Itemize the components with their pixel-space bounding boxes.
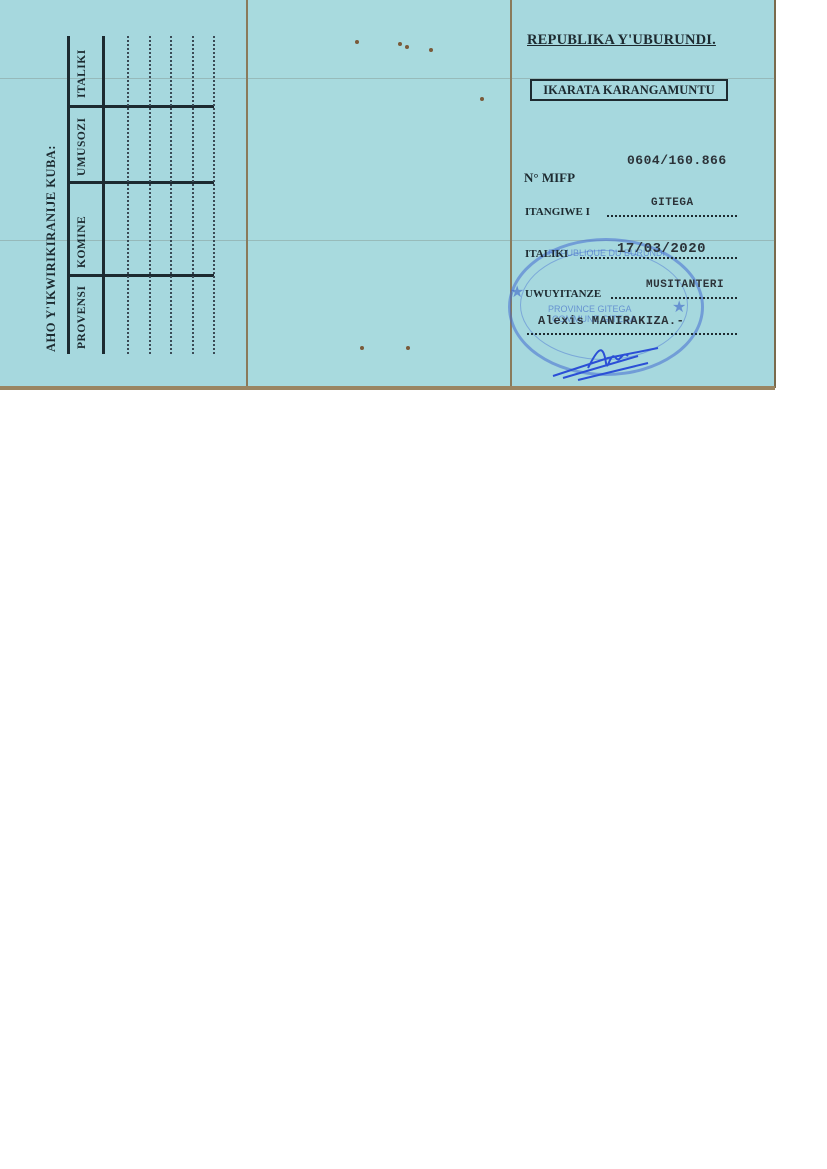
stain <box>429 48 433 52</box>
field-value-uwuyitanze: MUSITANTERI <box>646 279 724 291</box>
field-label-uwuyitanze: UWUYITANZE <box>525 288 601 300</box>
residence-heading: AHO Y'IKWIRIKIRANIJE KUBA: <box>44 145 59 352</box>
stain <box>406 346 410 350</box>
field-value-itangiwe: GITEGA <box>651 197 694 209</box>
dotted-entry-line <box>192 36 194 354</box>
column-header-provensi: PROVENSI <box>76 286 88 349</box>
stain <box>360 346 364 350</box>
field-value-italiki: 17/03/2020 <box>617 241 706 257</box>
field-label-mifp: N° MIFP <box>524 170 575 186</box>
stain <box>355 40 359 44</box>
left-panel <box>0 0 248 388</box>
column-header-italiki: ITALIKI <box>76 49 88 98</box>
column-header-komine: KOMINE <box>76 216 88 268</box>
dotted-entry-line <box>149 36 151 354</box>
stamp-star-icon: ★ <box>510 282 524 302</box>
column-header-umusozi: UMUSOZI <box>76 118 88 176</box>
country-title: REPUBLIKA Y'UBURUNDI. <box>527 32 716 49</box>
dotted-field-line <box>607 215 737 217</box>
stain <box>480 97 484 101</box>
card-edge <box>0 386 775 390</box>
field-label-itangiwe: ITANGIWE I <box>525 206 590 218</box>
stamp-middle-text: PROVINCE GITEGA <box>548 304 632 314</box>
dotted-field-line <box>527 333 737 335</box>
dotted-field-line <box>611 297 737 299</box>
signature-icon <box>548 338 668 383</box>
dotted-entry-line <box>213 36 215 354</box>
card-title: IKARATA KARANGAMUNTU <box>530 79 728 101</box>
issuer-name: Alexis MANIRAKIZA.- <box>538 314 684 328</box>
field-label-italiki: ITALIKI <box>525 248 568 260</box>
field-value-mifp: 0604/160.866 <box>627 153 727 168</box>
table-border <box>67 36 70 354</box>
middle-panel <box>248 0 512 388</box>
stain <box>405 45 409 49</box>
dotted-field-line <box>580 257 737 259</box>
dotted-entry-line <box>170 36 172 354</box>
dotted-entry-line <box>127 36 129 354</box>
stain <box>398 42 402 46</box>
table-border <box>102 36 105 354</box>
